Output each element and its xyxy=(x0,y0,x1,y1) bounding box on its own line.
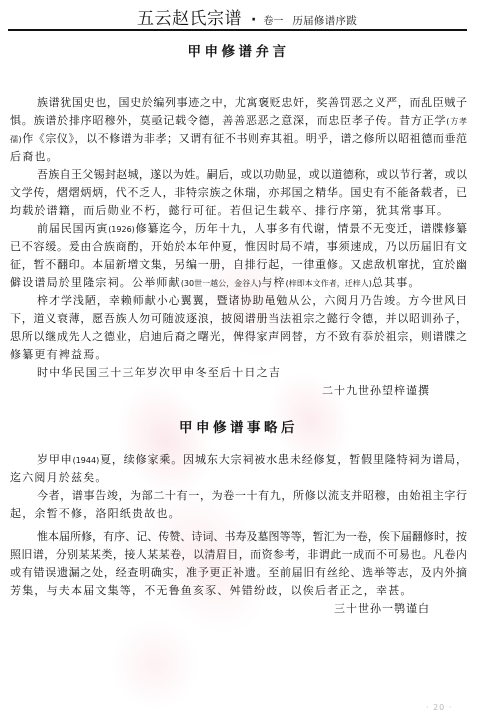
text-segment: 或有错误遗漏之处，经查明确实，准予更正补遗。至前届旧有丝纶、选举等志，及内外摘 xyxy=(10,566,467,579)
text-line: 照旧谱，分别某某类，接人某某卷，以清眉目，而资参考，非谓此一成而不可易也。凡卷内 xyxy=(10,546,467,564)
text-segment: 与梓 xyxy=(261,276,285,289)
section-title: 甲申修谱事略后 xyxy=(0,420,477,436)
text-segment: 惧。族谱於排序昭穆外，莫亟记载令德，善善恶恶之意深，而忠臣孝子传。昔方正学 xyxy=(10,114,446,127)
text-line: 今者，谱事告竣，为部二十有一，为卷一十有九，所修以流支并昭穆，由始祖主字行 xyxy=(10,487,467,505)
paragraph: 梓才学浅陋，幸赖师献小心翼翼，暨诸协助黾勉从公，六阅月乃告竣。方今世风日下，道义… xyxy=(10,292,467,364)
text-segment: 今者，谱事告竣，为部二十有一，为卷一十有九，所修以流支并昭穆，由始祖主字行 xyxy=(37,489,467,502)
text-line: 后裔也。 xyxy=(10,148,467,166)
text-segment: 下，道义衰薄，愿吾族人勿可随波逐浪，披阅谱册当法祖宗之懿行令德，并以昭训孙子， xyxy=(10,312,467,325)
volume-label: 卷一 xyxy=(263,12,283,27)
text-segment: 迄六阅月於兹矣。 xyxy=(10,471,108,484)
text-segment: 文学传，熠熠炳炳，代不乏人，非特宗族之休瑞，亦邦国之精华。国史有不能备载者，已 xyxy=(10,186,467,199)
paragraph: 惟本届所修，有序、记、传赞、诗词、书寿及墓图等等，暂汇为一卷，俟下届翻修时，按照… xyxy=(10,528,467,600)
section-body: 族谱犹国史也，国史於编列事迹之中，尤寓褒贬忠奸，奖善罚恶之义严，而乱臣贼子惧。族… xyxy=(10,94,467,400)
text-segment: 均载於谱籍，而后勋业不朽，懿行可征。若但记生载卒、排行序第，犹其常事耳。 xyxy=(10,204,449,217)
text-segment: 芳集，与夫本届文集等，不无鲁鱼亥豕、舛错纷歧，以俟后者正之，幸甚。 xyxy=(10,584,413,597)
text-segment: 起，余暂不修，洛阳纸贵故也。 xyxy=(10,507,181,520)
paragraph: 前届民国丙寅(1926)修纂迄今，历年十九，人事多有代谢，情景不无变迁，谱牒修纂… xyxy=(10,220,467,292)
text-line: 族谱犹国史也，国史於编列事迹之中，尤寓褒贬忠奸，奖善罚恶之义严，而乱臣贼子 xyxy=(10,94,467,112)
text-line: 起，余暂不修，洛阳纸贵故也。 xyxy=(10,505,467,523)
text-segment: 梓才学浅陋，幸赖师献小心翼翼，暨诸协助黾勉从公，六阅月乃告竣。方今世风日 xyxy=(37,294,467,307)
watermark-mark xyxy=(110,620,200,710)
running-header: 五云赵氏宗谱 · 卷一 历届修谱序跋 xyxy=(137,4,357,26)
text-segment: 岁甲申 xyxy=(37,453,73,466)
paragraph: 吾族自王父锡封赵城，遂以为姓。嗣后，或以功勋显，或以道德称，或以节行著，或以文学… xyxy=(10,166,467,220)
text-segment: 作《宗仪》，以不修谱为非孝；又谓有征不书则弃其祖。明乎，谱之修所以昭祖德而垂范 xyxy=(22,132,467,145)
text-line: 或有错误遗漏之处，经查明确实，准予更正补遗。至前届旧有丝纶、选举等志，及内外摘 xyxy=(10,564,467,582)
text-segment: 修纂迄今，历年十九，人事多有代谢，情景不无变迁，谱牒修纂 xyxy=(135,222,467,235)
text-segment: 征，暂不翻印。本届新增文集，另编一册，自排行起，一律重修。又虑敌机窜扰，宜於幽 xyxy=(10,258,467,271)
author-signature: 二十九世孙望梓谨撰 xyxy=(10,382,467,400)
paragraph: 今者，谱事告竣，为部二十有一，为卷一十有九，所修以流支并昭穆，由始祖主字行起，余… xyxy=(10,487,467,523)
book-title: 五云赵氏宗谱 xyxy=(137,4,242,29)
text-line: 梓才学浅陋，幸赖师献小心翼翼，暨诸协助黾勉从公，六阅月乃告竣。方今世风日 xyxy=(10,292,467,310)
paragraph: 岁甲申(1944)夏，续修家乘。因城东大宗祠被水患未经修复，暂假里隆特祠为谱局，… xyxy=(10,451,467,487)
inline-annotation: (30世一越公，金谷人) xyxy=(181,279,261,288)
text-line: 修纂更有裨益焉。 xyxy=(10,346,467,364)
text-line: 下，道义衰薄，愿吾族人勿可随波逐浪，披阅谱册当法祖宗之懿行令德，并以昭训孙子， xyxy=(10,310,467,328)
text-line: 均载於谱籍，而后勋业不朽，懿行可征。若但记生载卒、排行序第，犹其常事耳。 xyxy=(10,202,467,220)
inline-annotation: 孺) xyxy=(10,135,22,144)
section-label: 历届修谱序跋 xyxy=(292,13,357,28)
section-body: 岁甲申(1944)夏，续修家乘。因城东大宗祠被水患未经修复，暂假里隆特祠为谱局，… xyxy=(10,451,467,618)
text-segment: 夏，续修家乘。因城东大宗祠被水患未经修复，暂假里隆特祠为谱局， xyxy=(99,453,467,466)
page-number: · 20 · xyxy=(426,703,452,712)
text-line: 已不容缓。爰由合族商酌，开始於本年仲夏，惟因时局不靖，事须速成，乃以历届旧有文 xyxy=(10,238,467,256)
text-line: 孺)作《宗仪》，以不修谱为非孝；又谓有征不书则弃其祖。明乎，谱之修所以昭祖德而垂… xyxy=(10,130,467,148)
text-segment: 族谱犹国史也，国史於编列事迹之中，尤寓褒贬忠奸，奖善罚恶之义严，而乱臣贼子 xyxy=(37,96,467,109)
text-line: 惧。族谱於排序昭穆外，莫亟记载令德，善善恶恶之意深，而忠臣孝子传。昔方正学(方孝 xyxy=(10,112,467,130)
inline-annotation: (1944) xyxy=(73,456,100,465)
text-segment: 惟本届所修，有序、记、传赞、诗词、书寿及墓图等等，暂汇为一卷，俟下届翻修时，按 xyxy=(37,530,467,543)
inline-annotation: (1926) xyxy=(108,225,135,234)
text-segment: 照旧谱，分别某某类，接人某某卷，以清眉目，而资参考，非谓此一成而不可易也。凡卷内 xyxy=(10,548,467,561)
text-line: 文学传，熠熠炳炳，代不乏人，非特宗族之休瑞，亦邦国之精华。国史有不能备载者，已 xyxy=(10,184,467,202)
inline-annotation: (梓即本文作者，迁梓人) xyxy=(286,279,372,288)
text-line: 吾族自王父锡封赵城，遂以为姓。嗣后，或以功勋显，或以道德称，或以节行著，或以 xyxy=(10,166,467,184)
text-line: 迄六阅月於兹矣。 xyxy=(10,469,467,487)
text-segment: 僻设谱局於里隆宗祠。公举师献 xyxy=(10,276,181,289)
text-line: 征，暂不翻印。本届新增文集，另编一册，自排行起，一律重修。又虑敌机窜扰，宜於幽 xyxy=(10,256,467,274)
section-title: 甲申修谱弁言 xyxy=(0,44,477,60)
header-separator: · xyxy=(251,12,256,28)
text-segment: 吾族自王父锡封赵城，遂以为姓。嗣后，或以功勋显，或以道德称，或以节行著，或以 xyxy=(37,168,467,181)
text-line: 前届民国丙寅(1926)修纂迄今，历年十九，人事多有代谢，情景不无变迁，谱牒修纂 xyxy=(10,220,467,238)
text-segment: 思所以继成先人之德业，启迪后裔之曙光，俾得家声罔替，方不致有忝於祖宗，则谱牒之 xyxy=(10,330,467,343)
text-segment: 前届民国丙寅 xyxy=(37,222,108,235)
text-line: 惟本届所修，有序、记、传赞、诗词、书寿及墓图等等，暂汇为一卷，俟下届翻修时，按 xyxy=(10,528,467,546)
text-line: 思所以继成先人之德业，启迪后裔之曙光，俾得家声罔替，方不致有忝於祖宗，则谱牒之 xyxy=(10,328,467,346)
text-segment: 总其事。 xyxy=(372,276,421,289)
date-line: 时中华民国三十三年岁次甲申冬至后十日之吉 xyxy=(10,364,467,382)
author-signature: 三十世孙一鹗谨白 xyxy=(10,600,467,618)
text-segment: 修纂更有裨益焉。 xyxy=(10,348,108,361)
text-line: 芳集，与夫本届文集等，不无鲁鱼亥豕、舛错纷歧，以俟后者正之，幸甚。 xyxy=(10,582,467,600)
text-line: 岁甲申(1944)夏，续修家乘。因城东大宗祠被水患未经修复，暂假里隆特祠为谱局， xyxy=(10,451,467,469)
header-rule xyxy=(8,29,467,31)
text-line: 僻设谱局於里隆宗祠。公举师献(30世一越公，金谷人)与梓(梓即本文作者，迁梓人)… xyxy=(10,274,467,292)
text-segment: 后裔也。 xyxy=(10,150,59,163)
text-segment: 已不容缓。爰由合族商酌，开始於本年仲夏，惟因时局不靖，事须速成，乃以历届旧有文 xyxy=(10,240,467,253)
inline-annotation: (方孝 xyxy=(446,117,467,126)
paragraph: 族谱犹国史也，国史於编列事迹之中，尤寓褒贬忠奸，奖善罚恶之义严，而乱臣贼子惧。族… xyxy=(10,94,467,166)
